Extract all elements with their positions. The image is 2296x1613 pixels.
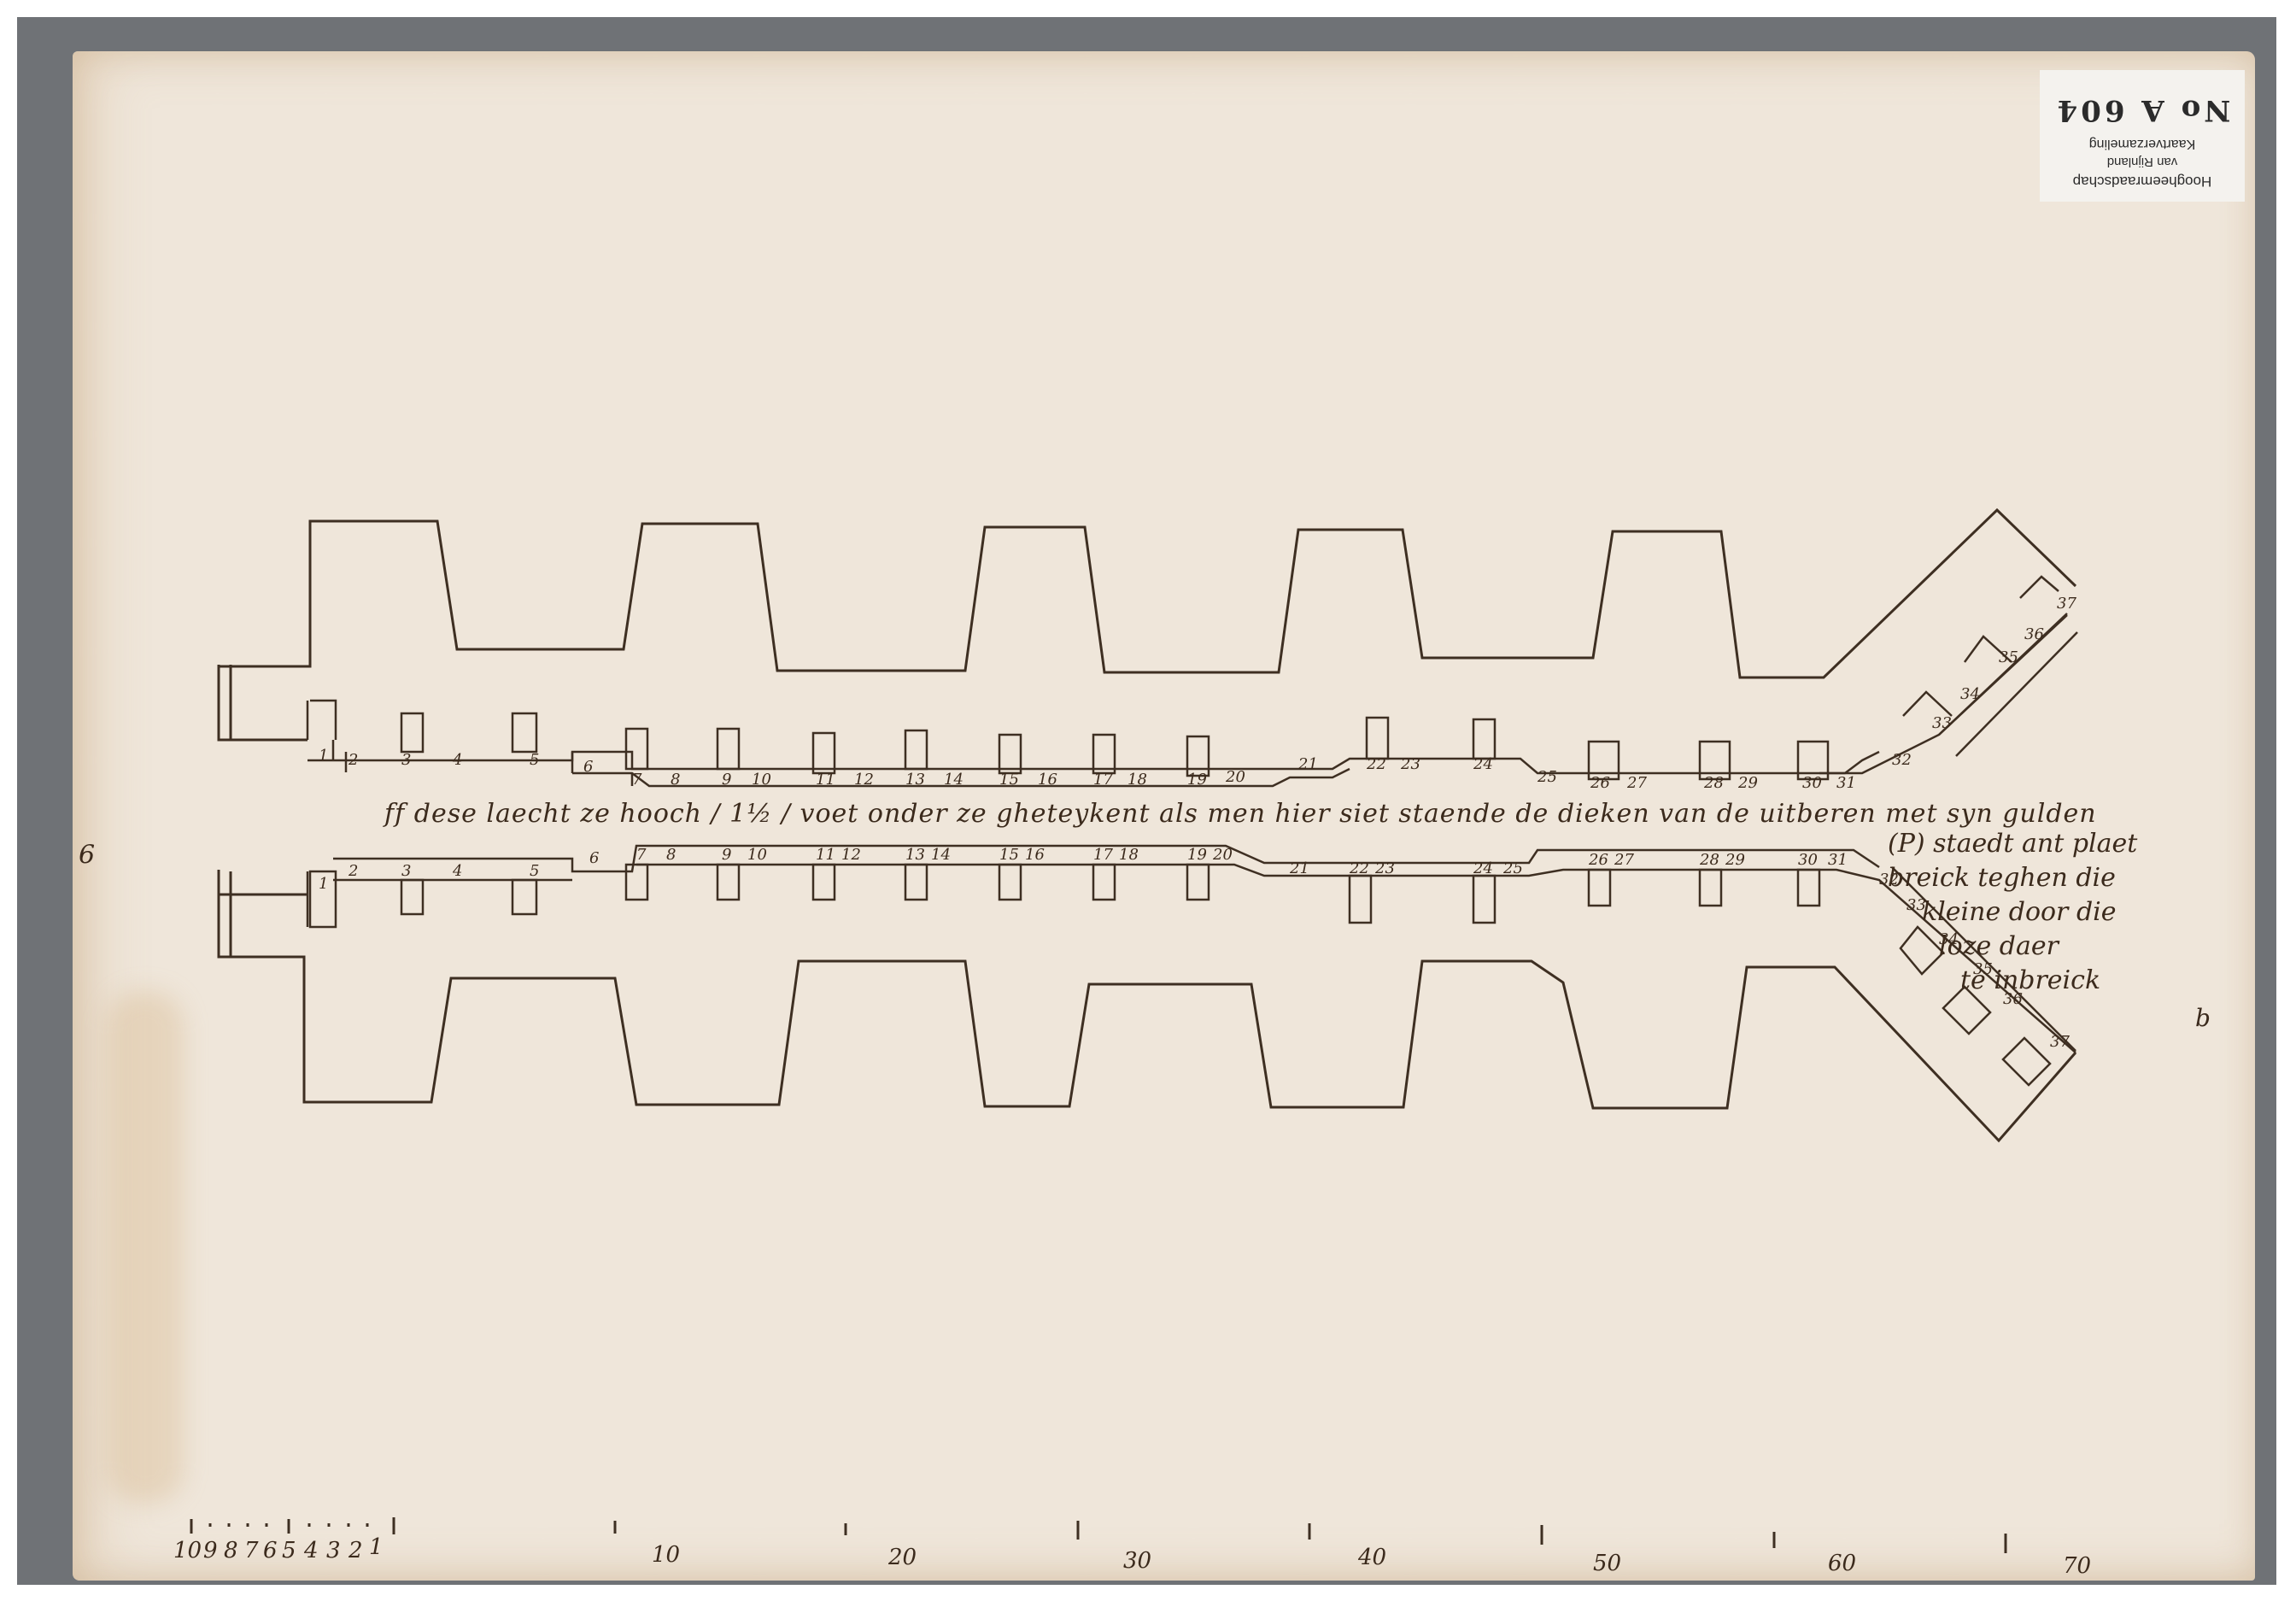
segment-label: 27 xyxy=(1614,851,1634,869)
scale-major-label: 10 xyxy=(652,1542,680,1568)
side-note-line: te inbreick xyxy=(1960,965,2100,995)
segment-label: 13 xyxy=(905,771,925,789)
scale-small-label: 2 xyxy=(348,1538,363,1563)
label-institution: Hoogheemraadschap xyxy=(2040,173,2245,190)
segment-label: 27 xyxy=(1626,774,1647,792)
upper-diagonal-arm xyxy=(1903,577,2077,756)
segment-label: 22 xyxy=(1349,859,1369,877)
segment-label: 12 xyxy=(841,846,861,864)
lower-segment-numbers: 1 2 3 4 5 6 7 8 9 10 11 12 13 14 15 16 1… xyxy=(319,846,2070,1051)
margin-mark-left: 9 xyxy=(79,837,95,867)
scale-major-label: 70 xyxy=(2063,1553,2091,1579)
scale-major-label: 50 xyxy=(1593,1551,1621,1576)
segment-label: 11 xyxy=(816,846,835,864)
segment-label: 4 xyxy=(452,862,462,880)
segment-label: 3 xyxy=(401,862,411,880)
segment-label: 16 xyxy=(1038,771,1057,789)
segment-label: 18 xyxy=(1127,771,1147,789)
segment-label: 6 xyxy=(589,849,599,867)
segment-label: 14 xyxy=(931,846,951,864)
segment-label: 28 xyxy=(1699,851,1719,869)
segment-label: 8 xyxy=(666,846,676,864)
scale-major-label: 40 xyxy=(1358,1545,1386,1570)
segment-label: 28 xyxy=(1703,774,1724,792)
segment-label: 18 xyxy=(1119,846,1139,864)
segment-label: 24 xyxy=(1473,755,1493,773)
segment-label: 9 xyxy=(722,846,731,864)
segment-label: 22 xyxy=(1366,755,1386,773)
segment-label: 3 xyxy=(401,751,411,769)
segment-label: 8 xyxy=(671,771,680,789)
segment-label: 34 xyxy=(1960,685,1980,703)
scale-small-label: 6 xyxy=(263,1538,278,1563)
segment-label: 30 xyxy=(1802,774,1822,792)
segment-label: 17 xyxy=(1093,846,1113,864)
segment-label: 4 xyxy=(452,751,462,769)
segment-label: 25 xyxy=(1502,859,1523,877)
side-note-line: breick teghen die xyxy=(1888,863,2116,893)
margin-mark-right: b xyxy=(2195,1004,2211,1032)
scale-major-label: 30 xyxy=(1123,1548,1151,1574)
main-inscription: ff dese laecht ze hooch / 1½ / voet onde… xyxy=(384,799,2097,829)
label-region: van Rijnland xyxy=(2040,155,2245,169)
lower-left-end-box xyxy=(219,870,307,957)
label-collection: Kaartverzameling xyxy=(2040,136,2245,151)
scale-major-label: 60 xyxy=(1828,1551,1856,1576)
segment-label: 24 xyxy=(1473,859,1493,877)
segment-label: 13 xyxy=(905,846,925,864)
segment-label: 15 xyxy=(999,771,1019,789)
segment-label: 30 xyxy=(1798,851,1818,869)
segment-label: 15 xyxy=(999,846,1019,864)
upper-left-end-box xyxy=(219,665,307,740)
segment-label: 1 xyxy=(319,747,328,765)
segment-label: 12 xyxy=(854,771,874,789)
segment-label: 7 xyxy=(636,846,647,864)
segment-label: 1 xyxy=(319,875,328,893)
label-number: No A 604 xyxy=(2040,93,2245,127)
segment-label: 20 xyxy=(1212,846,1233,864)
scale-small-label: 10 xyxy=(173,1538,202,1563)
segment-label: 21 xyxy=(1297,755,1318,773)
segment-label: 5 xyxy=(530,751,539,769)
segment-label: 29 xyxy=(1725,851,1745,869)
segment-label: 26 xyxy=(1588,851,1608,869)
segment-label: 26 xyxy=(1590,774,1610,792)
segment-label: 9 xyxy=(722,771,731,789)
segment-label: 11 xyxy=(816,771,835,789)
segment-label: 23 xyxy=(1374,859,1395,877)
segment-label: 36 xyxy=(2024,625,2044,643)
segment-label: 16 xyxy=(1025,846,1045,864)
segment-label: 2 xyxy=(348,751,358,769)
segment-label: 5 xyxy=(530,862,539,880)
segment-label: 31 xyxy=(1828,851,1848,869)
scale-small-label: 8 xyxy=(224,1538,238,1563)
segment-label: 35 xyxy=(1999,648,2018,666)
segment-label: 10 xyxy=(752,771,771,789)
segment-label: 37 xyxy=(2050,1033,2070,1051)
scale-small-label: 1 xyxy=(369,1534,384,1560)
collection-label: Hoogheemraadschap van Rijnland Kaartverz… xyxy=(2040,70,2245,202)
upper-segment-numbers: 1 2 3 4 5 6 7 8 9 10 11 12 13 14 15 16 1… xyxy=(319,595,2076,792)
upper-bastion-outline xyxy=(219,510,2076,677)
segment-label: 21 xyxy=(1289,859,1309,877)
segment-label: 23 xyxy=(1400,755,1420,773)
segment-label: 17 xyxy=(1093,771,1113,789)
segment-label: 14 xyxy=(944,771,963,789)
segment-label: 20 xyxy=(1225,768,1245,786)
scale-small-label: 7 xyxy=(244,1538,259,1563)
scale-small-label: 9 xyxy=(203,1538,218,1563)
side-note-line: kleine door die xyxy=(1922,897,2117,927)
segment-label: 33 xyxy=(1932,714,1952,732)
segment-label: 6 xyxy=(583,758,593,776)
segment-label: 19 xyxy=(1187,771,1207,789)
segment-label: 32 xyxy=(1892,751,1912,769)
segment-label: 37 xyxy=(2057,595,2076,613)
side-note-line: loze daer xyxy=(1939,931,2059,961)
side-note-line: (P) staedt ant plaet xyxy=(1888,829,2137,859)
scale-major-label: 20 xyxy=(888,1545,917,1570)
lower-bastion-outline xyxy=(219,870,2076,1141)
segment-label: 19 xyxy=(1187,846,1207,864)
segment-label: 25 xyxy=(1537,768,1557,786)
scale-small-label: 3 xyxy=(326,1538,341,1563)
segment-label: 7 xyxy=(632,771,642,789)
segment-label: 2 xyxy=(348,862,358,880)
scale-bar-ticks xyxy=(191,1517,2006,1553)
segment-label: 10 xyxy=(747,846,767,864)
segment-label: 31 xyxy=(1836,774,1856,792)
scale-small-label: 5 xyxy=(282,1538,296,1563)
segment-label: 29 xyxy=(1737,774,1758,792)
scale-small-label: 4 xyxy=(304,1538,319,1563)
lower-channel-strip xyxy=(307,846,2076,1053)
